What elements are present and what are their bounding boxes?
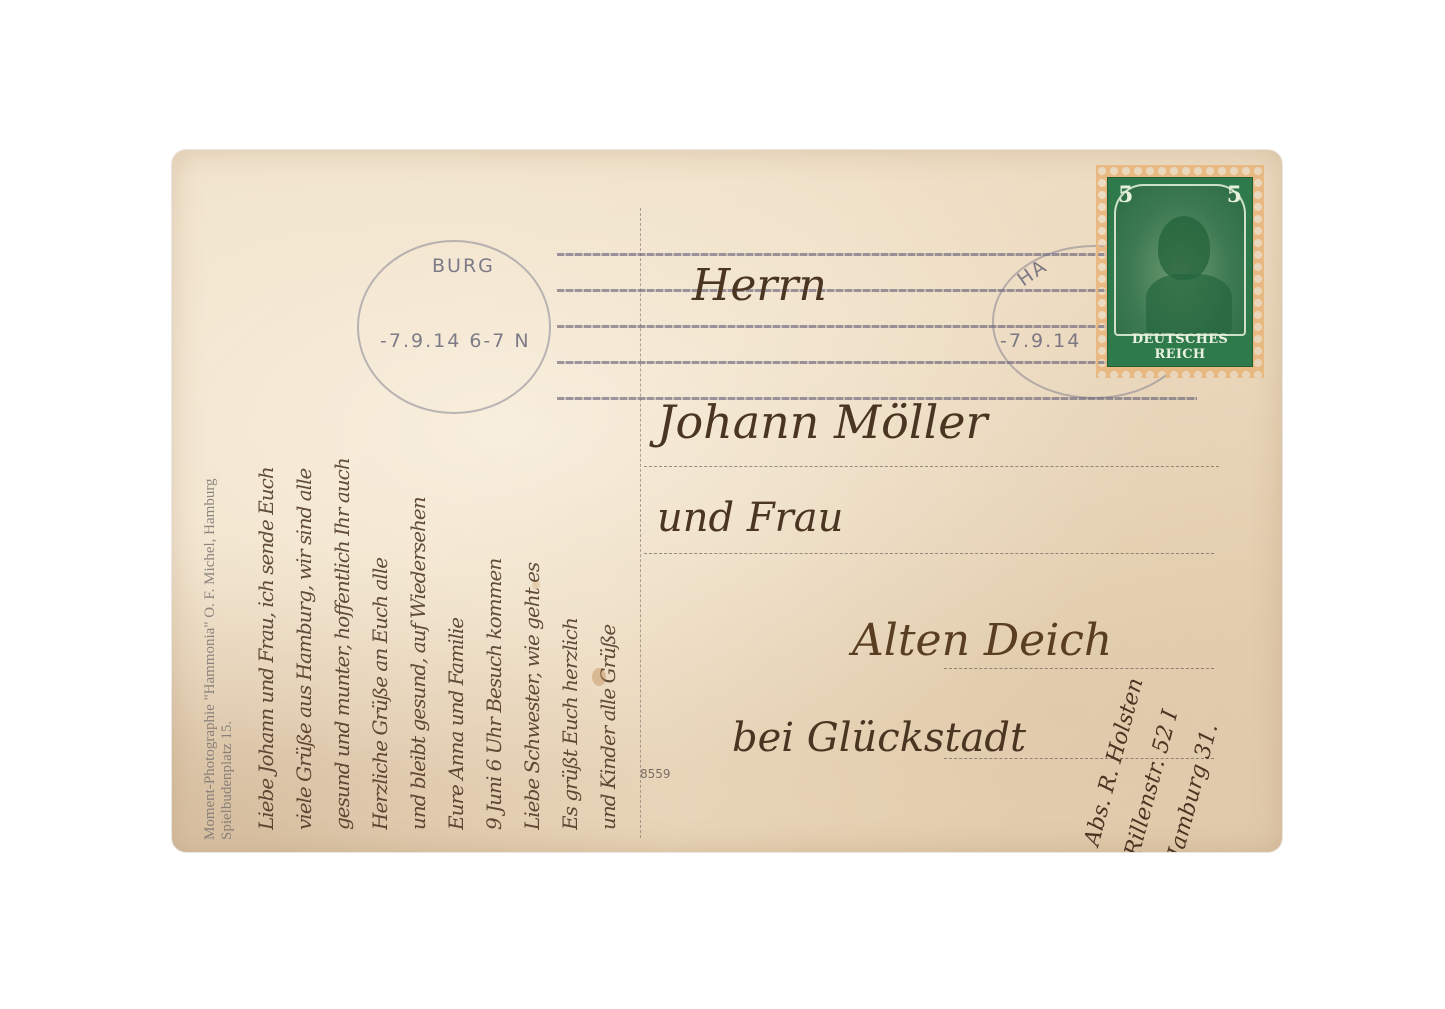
postmark-date: -7.9.14 6-7 N <box>380 330 531 352</box>
address-line4: bei Glückstadt <box>732 715 1026 761</box>
postmark-date: -7.9.14 <box>1000 330 1081 352</box>
stamp-design: 5 5 DEUTSCHES REICH <box>1107 177 1253 367</box>
message-line: gesund und munter, hoffentlich Ihr auch <box>330 170 360 830</box>
message-line: viele Grüße aus Hamburg, wir sind alle <box>292 170 322 830</box>
postcard: Liebe Johann und Frau, ich sende Euch vi… <box>172 150 1282 852</box>
stain <box>592 668 606 686</box>
message-line: Liebe Johann und Frau, ich sende Euch <box>254 170 284 830</box>
germania-portrait <box>1158 216 1210 280</box>
card-number: 8559 <box>640 767 671 781</box>
postmark-city: BURG <box>432 255 495 277</box>
address-line3: Alten Deich <box>852 615 1112 666</box>
sender-address: Abs. R. Holsten Rillenstr. 52 I Hamburg … <box>1072 673 1238 852</box>
stamp-country: DEUTSCHES REICH <box>1110 332 1250 362</box>
address-salutation: Herrn <box>692 260 827 311</box>
address-line2: und Frau <box>657 495 843 541</box>
stamp-denomination: 5 <box>1118 182 1133 208</box>
address-name: Johann Möller <box>657 395 988 449</box>
publisher-imprint: Moment-Photographie "Hammonia" O. F. Mic… <box>202 478 236 840</box>
stamp-denomination: 5 <box>1227 182 1242 208</box>
